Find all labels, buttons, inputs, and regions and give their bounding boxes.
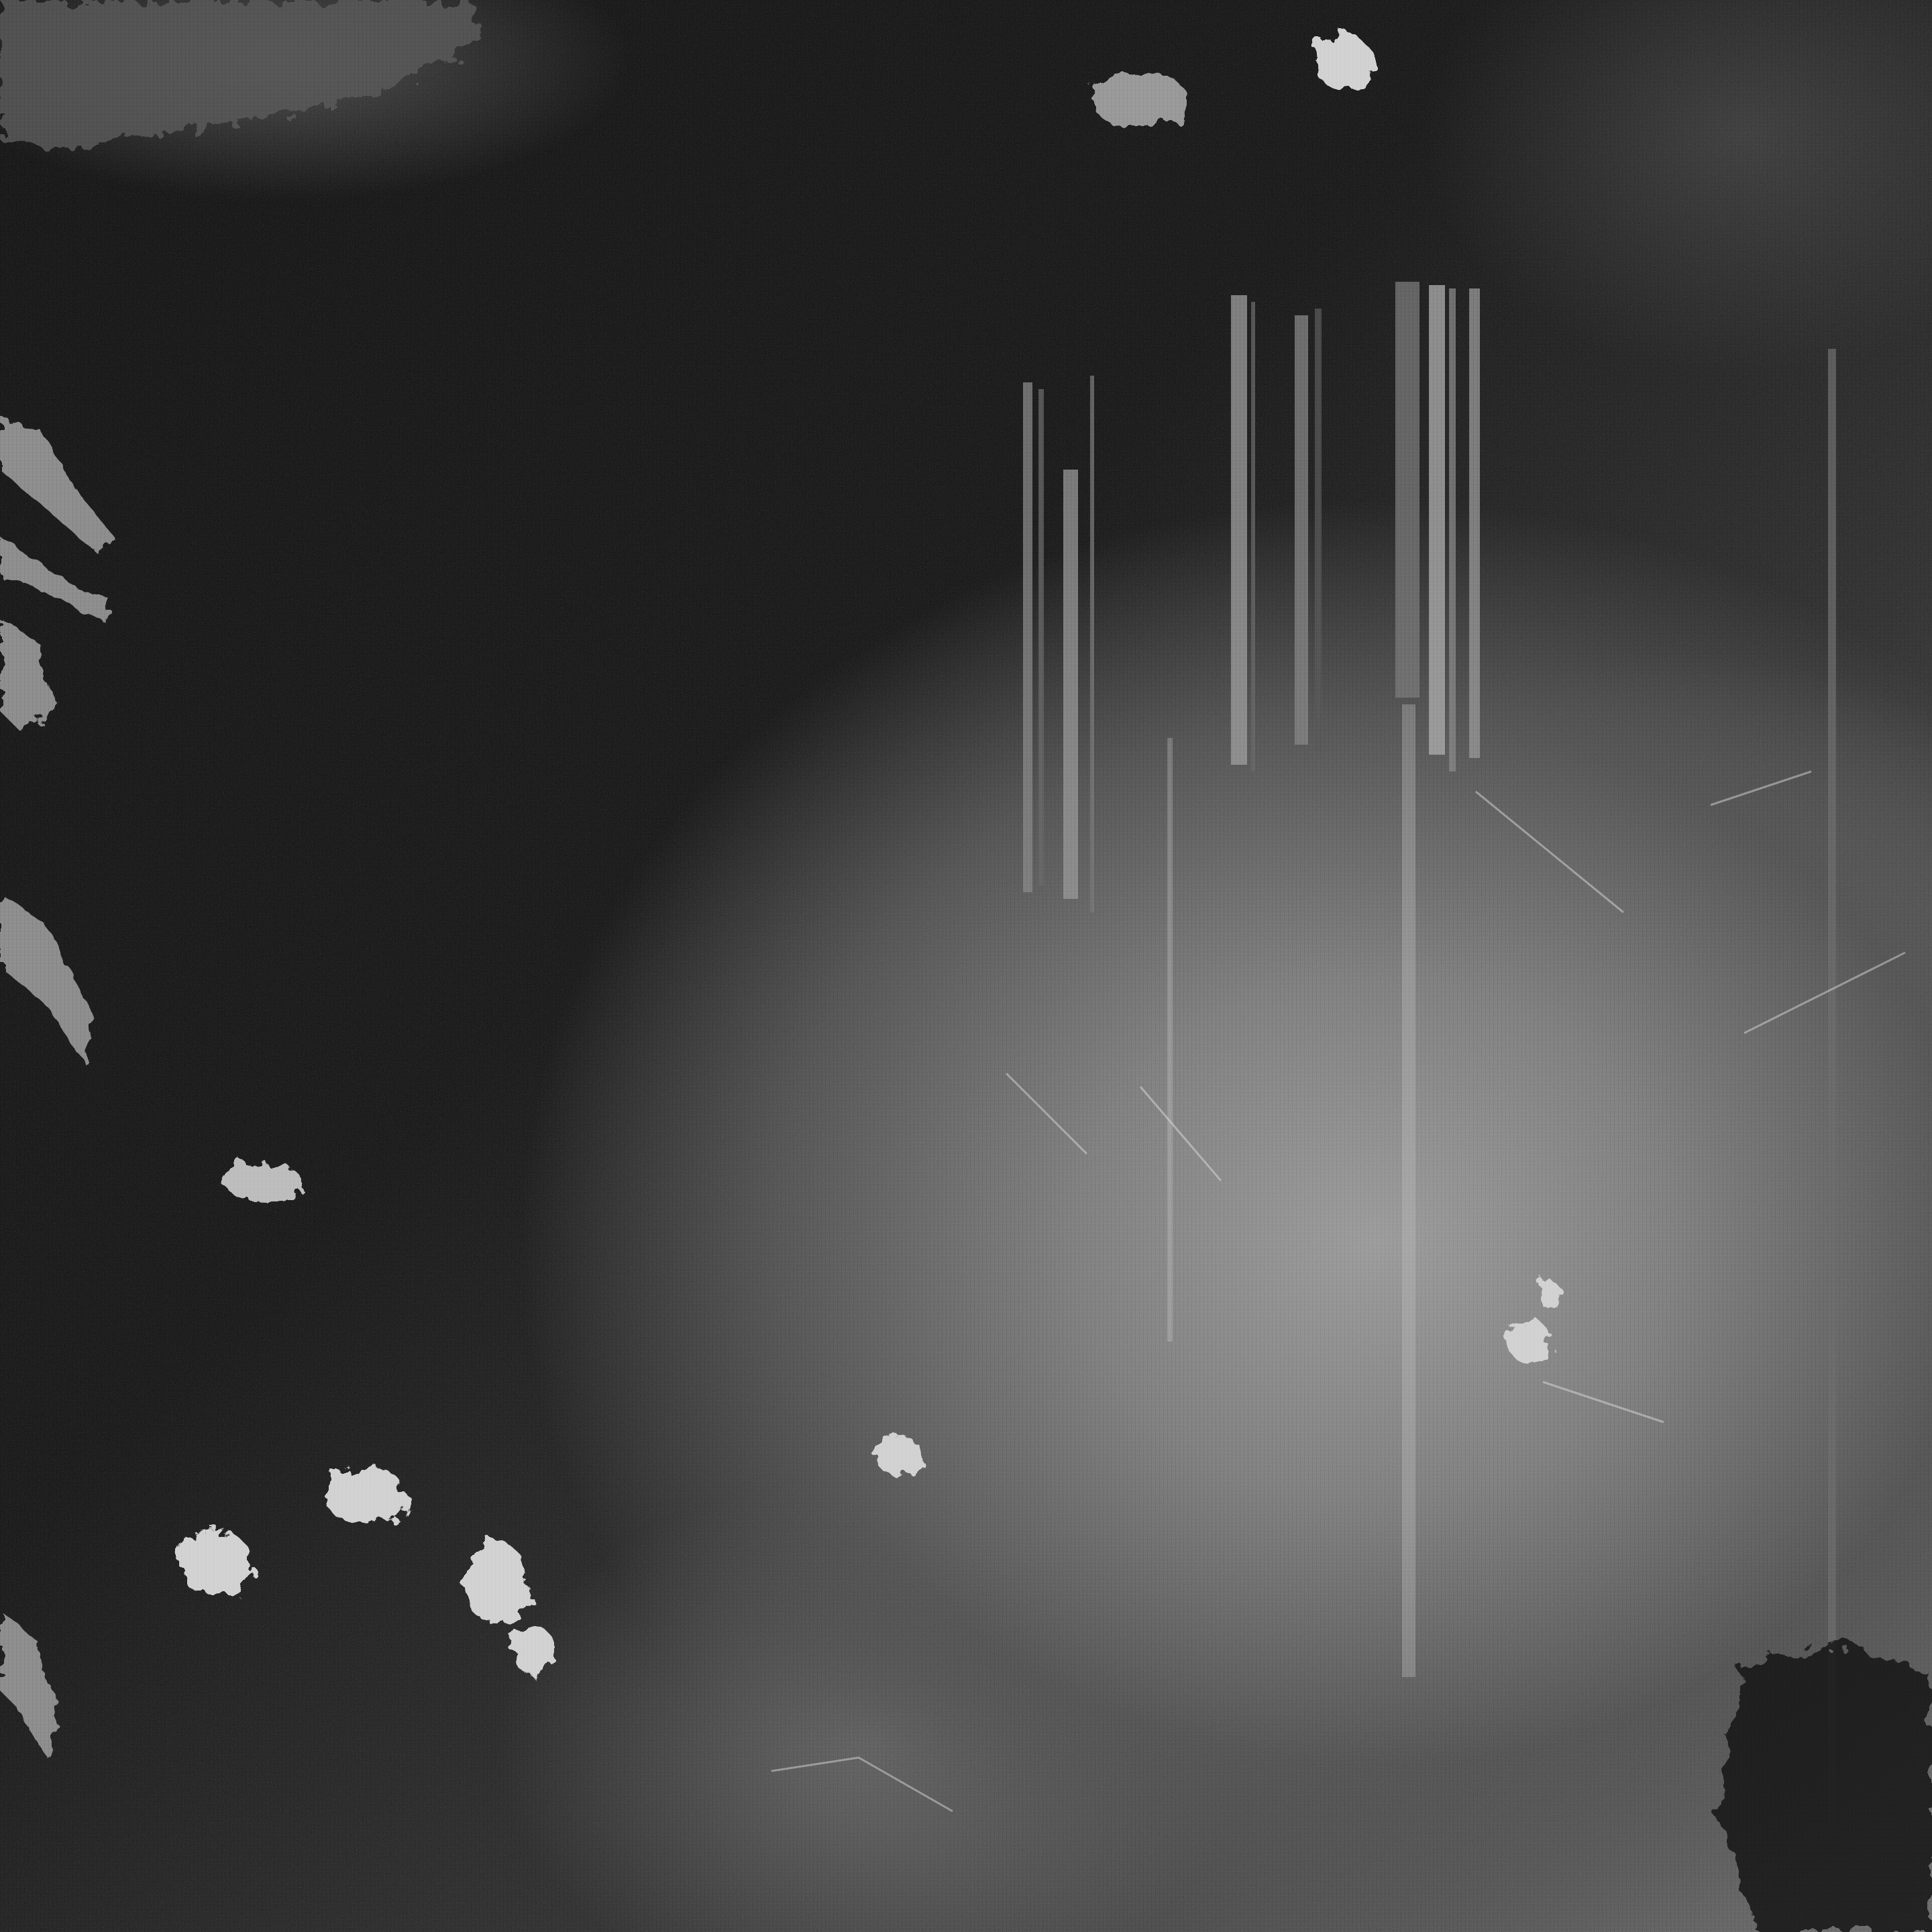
noise-layer xyxy=(0,0,1932,1932)
bottom-right-dark-patch xyxy=(1717,1644,1932,1932)
texture-overlay xyxy=(0,0,1932,1932)
grunge-texture-canvas xyxy=(0,0,1932,1932)
